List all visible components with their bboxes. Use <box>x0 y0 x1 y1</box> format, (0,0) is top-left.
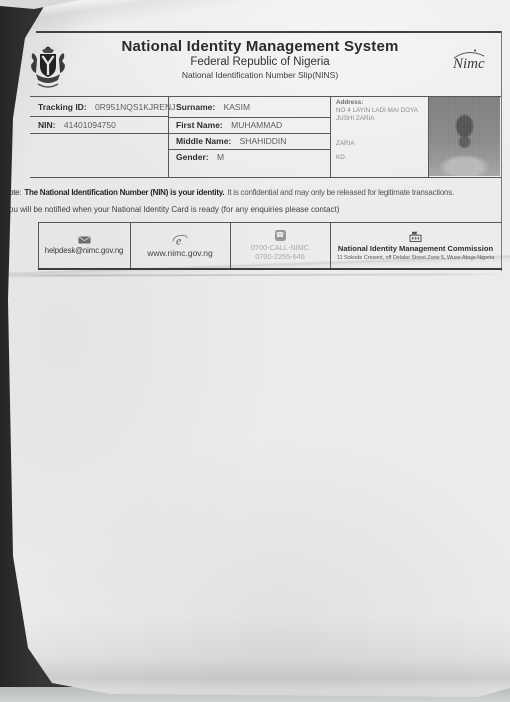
commission-name: National Identity Management Commission <box>338 244 493 253</box>
table-border-line <box>168 149 330 150</box>
tracking-id-value: 0R951NQS1KJRENJ <box>95 102 175 112</box>
nimc-logo-icon: Nimc <box>446 47 494 74</box>
scanned-document: National Identity Management System Fede… <box>0 0 510 702</box>
address-label: Address: <box>336 99 424 107</box>
middle-name-label: Middle Name: <box>176 136 231 146</box>
phone-number: 0700-2255-646 <box>251 252 309 261</box>
internet-e-icon: e <box>171 233 189 246</box>
gender-field: Gender: M <box>176 152 224 162</box>
middle-name-field: Middle Name: SHAHIDDIN <box>176 136 286 146</box>
surname-value: KASIM <box>224 102 250 112</box>
website-url: www.nimc.gov.ng <box>147 248 213 258</box>
nin-value: 41401094750 <box>64 120 116 130</box>
note-rest: It is confidential and may only be relea… <box>227 188 454 197</box>
phone-lines: 0700-CALL-NIMC 0700-2255-646 <box>251 243 309 261</box>
surname-label: Surname: <box>176 102 215 112</box>
contact-website-cell: e www.nimc.gov.ng <box>131 223 229 268</box>
footer-border-line <box>38 268 502 270</box>
address-line2: JUSHI ZARIA <box>336 115 424 123</box>
paper-crease-line <box>0 273 510 276</box>
paper-sheet: National Identity Management System Fede… <box>0 0 510 702</box>
table-border-line <box>168 117 330 118</box>
first-name-label: First Name: <box>176 120 223 130</box>
gender-value: M <box>217 152 224 162</box>
table-border-line <box>30 133 168 134</box>
nin-field: NIN: 41401094750 <box>38 120 116 130</box>
nimc-logo-text: Nimc <box>452 56 485 72</box>
table-border-line <box>30 177 501 178</box>
contact-email-cell: helpdesk@nimc.gov.ng <box>39 223 129 268</box>
table-border-line <box>330 96 331 177</box>
confidentiality-note: ote:The National Identification Number (… <box>9 188 454 197</box>
header-rule <box>36 31 502 33</box>
note-emphasis: The National Identification Number (NIN)… <box>24 188 224 197</box>
notification-note: ou will be notified when your National I… <box>9 205 339 214</box>
slip-title: National Identification Number Slip(NINS… <box>88 70 432 80</box>
address-city: ZARIA <box>336 140 424 148</box>
address-line1: NO 4 LAYIN LADI MAI DOYA <box>336 107 424 115</box>
internet-e-glyph: e <box>176 234 182 247</box>
first-name-value: MUHAMMAD <box>231 120 282 130</box>
table-border-line <box>30 116 168 117</box>
envelope-icon <box>78 236 91 244</box>
header-subtitle: Federal Republic of Nigeria <box>88 56 432 68</box>
building-flag-icon <box>409 231 422 242</box>
card-right-border <box>501 31 502 271</box>
first-name-field: First Name: MUHAMMAD <box>176 120 282 130</box>
address-state: KD <box>336 154 424 162</box>
commission-address: 11 Sokode Cresent, off Delabe Street Zon… <box>337 255 494 261</box>
helpdesk-email: helpdesk@nimc.gov.ng <box>45 246 124 255</box>
nigeria-coat-of-arms-icon <box>27 42 69 94</box>
gender-label: Gender: <box>176 152 209 162</box>
table-border-line <box>168 133 330 134</box>
page-title: National Identity Management System <box>88 38 432 55</box>
phone-icon: ☎ <box>275 230 286 241</box>
tracking-id-label: Tracking ID: <box>38 102 87 112</box>
note-prefix: ote: <box>9 188 21 197</box>
contact-phone-cell: ☎ 0700-CALL-NIMC 0700-2255-646 <box>231 223 329 268</box>
commission-cell: National Identity Management Commission … <box>331 223 500 268</box>
surname-field: Surname: KASIM <box>176 102 250 112</box>
address-field: Address: NO 4 LAYIN LADI MAI DOYA JUSHI … <box>336 99 424 162</box>
middle-name-value: SHAHIDDIN <box>240 136 287 146</box>
phone-name: 0700-CALL-NIMC <box>251 243 309 252</box>
holder-photo <box>429 97 500 176</box>
tracking-id-field: Tracking ID: 0R951NQS1KJRENJ <box>38 102 175 112</box>
document-header: National Identity Management System Fede… <box>88 38 432 80</box>
nin-label: NIN: <box>38 120 55 130</box>
